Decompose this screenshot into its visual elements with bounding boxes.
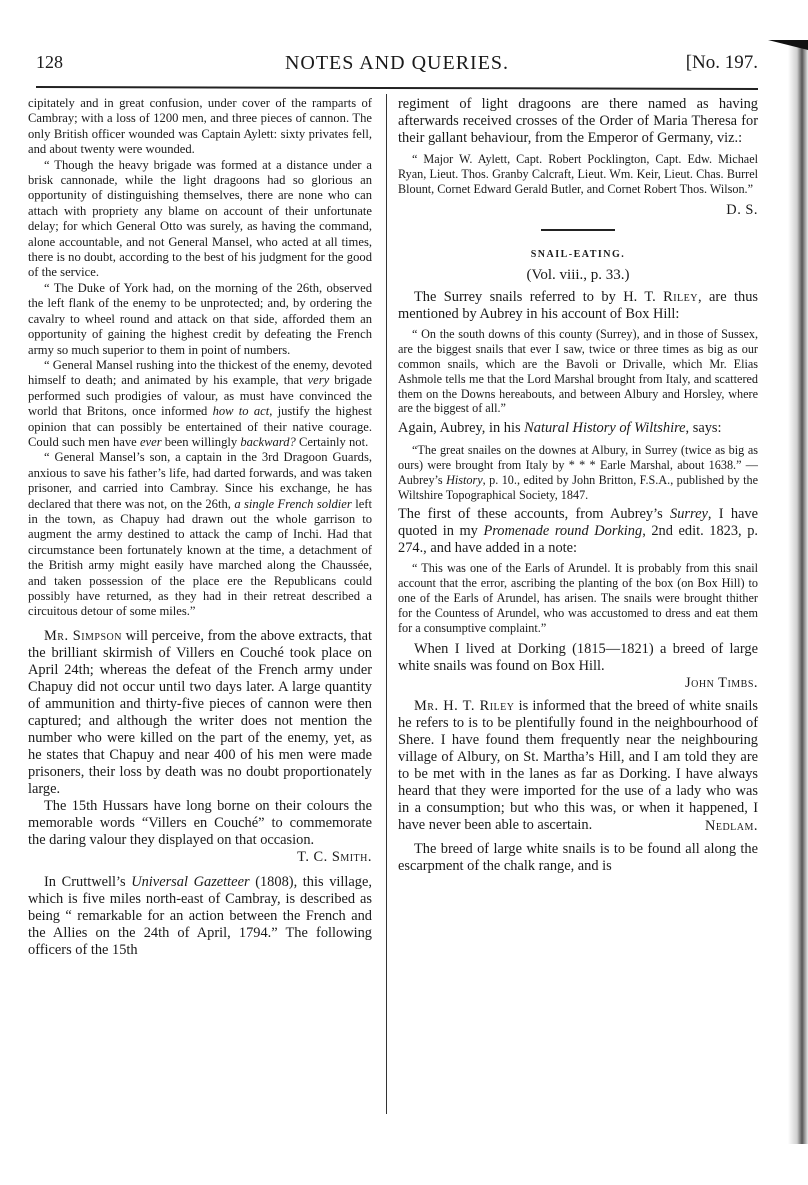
emphasis: Promenade round Dorking bbox=[483, 523, 642, 539]
author-name: Riley bbox=[663, 289, 698, 305]
emphasis: Natural History of Wiltshire bbox=[524, 420, 685, 436]
paragraph: “ The Duke of York had, on the morning o… bbox=[28, 281, 372, 358]
text: been willingly bbox=[162, 435, 241, 449]
paragraph: “ General Mansel’s son, a captain in the… bbox=[28, 450, 372, 619]
signature: D. S. bbox=[398, 202, 758, 219]
paragraph: Again, Aubrey, in his Natural History of… bbox=[398, 420, 758, 437]
signature: T. C. Smith. bbox=[28, 849, 372, 866]
text: The first of these accounts, from Aubrey… bbox=[398, 506, 670, 522]
left-column: cipitately and in great confusion, under… bbox=[28, 96, 372, 959]
emphasis: very bbox=[308, 373, 330, 387]
issue-number: [No. 197. bbox=[686, 52, 758, 74]
text: Certainly not. bbox=[296, 435, 368, 449]
emphasis: backward? bbox=[240, 435, 296, 449]
paragraph: regiment of light dragoons are there nam… bbox=[398, 96, 758, 147]
signature: John Timbs. bbox=[398, 675, 758, 692]
text: will perceive, from the above extracts, … bbox=[28, 628, 372, 797]
text: In Cruttwell’s bbox=[44, 874, 131, 890]
quote: “ This was one of the Earls of Arundel. … bbox=[398, 561, 758, 635]
paragraph: When I lived at Dorking (1815—1821) a br… bbox=[398, 641, 758, 675]
paragraph: The Surrey snails referred to by H. T. R… bbox=[398, 289, 758, 323]
emphasis: how to act bbox=[213, 404, 270, 418]
paragraph: Mr. Simpson will perceive, from the abov… bbox=[28, 628, 372, 798]
emphasis: Universal Gazetteer bbox=[131, 874, 249, 890]
paragraph: The first of these accounts, from Aubrey… bbox=[398, 506, 758, 557]
emphasis: ever bbox=[140, 435, 162, 449]
right-column: regiment of light dragoons are there nam… bbox=[398, 96, 758, 875]
text: Again, Aubrey, in his bbox=[398, 420, 524, 436]
paragraph: “ General Mansel rushing into the thicke… bbox=[28, 358, 372, 450]
quote: “The great snailes on the downes at Albu… bbox=[398, 443, 758, 502]
emphasis: a single French soldier bbox=[234, 497, 352, 511]
paragraph: The breed of large white snails is to be… bbox=[398, 841, 758, 875]
header-rule bbox=[36, 86, 758, 90]
quote: “ On the south downs of this county (Sur… bbox=[398, 327, 758, 416]
section-separator bbox=[541, 229, 615, 231]
emphasis: Surrey bbox=[670, 506, 708, 522]
binding-shadow bbox=[788, 44, 808, 1144]
author-name: Mr. H. T. Riley bbox=[414, 698, 514, 714]
emphasis: History bbox=[446, 473, 483, 487]
page-header: 128 NOTES AND QUERIES. [No. 197. bbox=[36, 52, 758, 82]
text: The Surrey snails referred to by H. T. bbox=[414, 289, 663, 305]
section-reference: (Vol. viii., p. 33.) bbox=[398, 267, 758, 283]
journal-title: NOTES AND QUERIES. bbox=[36, 52, 758, 75]
quote: “ Major W. Aylett, Capt. Robert Pockling… bbox=[398, 152, 758, 196]
text: , says: bbox=[686, 420, 722, 436]
paragraph: The 15th Hussars have long borne on thei… bbox=[28, 798, 372, 849]
journal-page: 128 NOTES AND QUERIES. [No. 197. cipitat… bbox=[0, 0, 808, 1185]
section-title: SNAIL-EATING. bbox=[398, 247, 758, 263]
text: is informed that the breed of white snai… bbox=[398, 698, 758, 833]
paragraph: “ Though the heavy brigade was formed at… bbox=[28, 158, 372, 281]
author-name: Mr. Simpson bbox=[44, 628, 122, 644]
paragraph: Mr. H. T. Riley is informed that the bre… bbox=[398, 698, 758, 834]
text: left in the town, as Chapuy had drawn ou… bbox=[28, 497, 372, 619]
paragraph: cipitately and in great confusion, under… bbox=[28, 96, 372, 158]
page-corner bbox=[768, 40, 808, 50]
column-divider bbox=[386, 94, 387, 1114]
paragraph: In Cruttwell’s Universal Gazetteer (1808… bbox=[28, 874, 372, 959]
